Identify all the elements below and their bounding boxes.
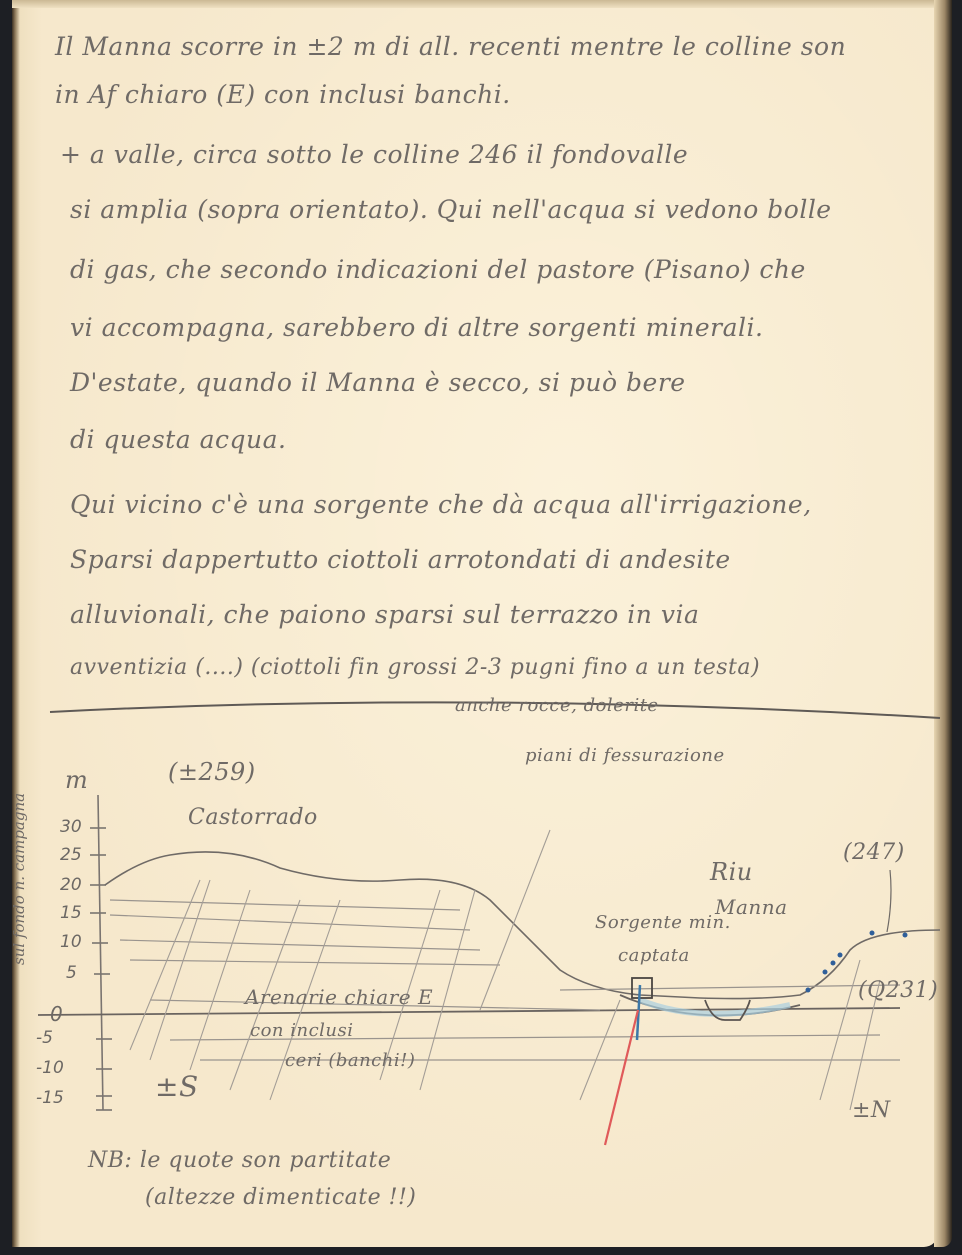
vertical-axis-note: sul fondo n. campagna: [10, 793, 28, 965]
cross-section-sketch: [0, 0, 962, 1255]
spring-label: Sorgente min.: [595, 912, 731, 933]
annotation: piani di fessurazione: [525, 745, 725, 766]
formation-sublabel: con inclusi: [250, 1020, 354, 1041]
axis-tick: -5: [36, 1028, 53, 1048]
axis-tick: -10: [36, 1058, 64, 1078]
right-elevation-bottom: (Q231): [858, 978, 938, 1003]
axis-tick: 10: [60, 932, 82, 952]
right-bottom-marker: ±N: [852, 1098, 891, 1123]
left-peak-elevation: (±259): [168, 758, 256, 786]
river-label: Riu: [710, 858, 753, 886]
left-bottom-marker: ±S: [155, 1070, 199, 1103]
axis-tick: 30: [60, 817, 82, 837]
formation-label: Arenarie chiare E: [245, 985, 433, 1009]
axis-unit-label: m: [65, 766, 88, 794]
river-label: Manna: [715, 895, 788, 919]
formation-sublabel: ceri (banchi!): [285, 1050, 415, 1071]
axis-tick: 5: [66, 963, 77, 983]
annotation: anche rocce, dolerite: [455, 695, 659, 716]
axis-tick: 25: [60, 845, 82, 865]
right-elevation-top: (247): [843, 840, 905, 865]
axis-tick: 0: [50, 1002, 63, 1026]
axis-tick: 20: [60, 875, 82, 895]
axis-tick: 15: [60, 903, 82, 923]
footnote-line: NB: le quote son partitate: [88, 1148, 391, 1173]
spring-label: captata: [618, 945, 690, 966]
left-peak-name: Castorrado: [188, 805, 318, 830]
axis-tick: -15: [36, 1088, 64, 1108]
footnote-line: (altezze dimenticate !!): [145, 1185, 416, 1210]
